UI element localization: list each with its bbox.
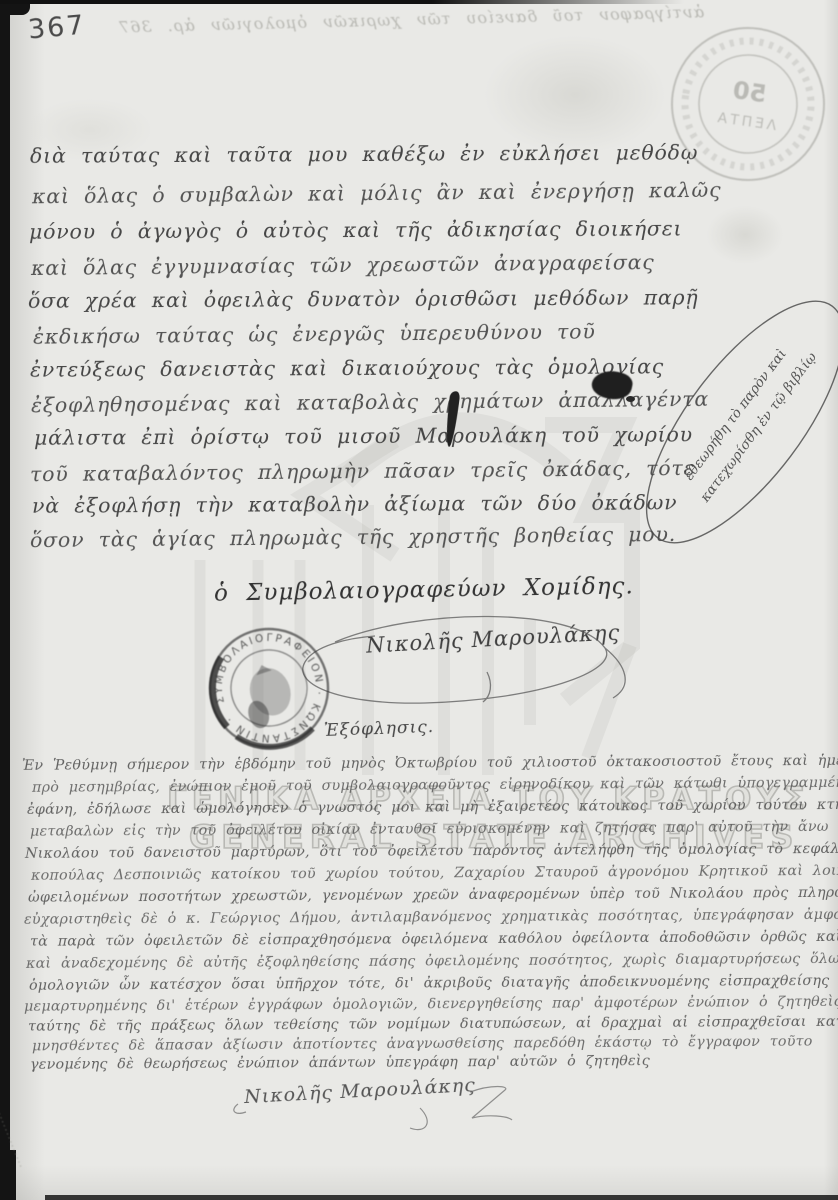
margin-oval-note: ἐθεωρήθη τὸ παρὸν καὶ κατεχωρίσθη ἐν τῷ … <box>628 278 838 568</box>
caption-below-stamp: Ἐξόφλησις. <box>324 717 435 741</box>
attestation-line: μεμαρτυρημένης δι' ἑτέρων ἐγγράφων ὁμολο… <box>24 993 838 1015</box>
attestation-line: ταύτης δὲ τῆς πράξεως ὅλων τεθείσης τῶν … <box>28 1013 838 1034</box>
attestation-line: ἐφάνη, ἐδήλωσε καὶ ὡμολόγησεν ὁ γνωστός … <box>27 796 838 818</box>
scan-edge-top <box>0 0 720 4</box>
stamp-unit: ΛΕΠΤΑ <box>714 110 778 134</box>
handwritten-line: νὰ ἐξοφλήσῃ τὴν καταβολὴν ἀξίωμα τῶν δύο… <box>32 490 678 517</box>
attestation-line: Ἐν Ῥεθύμνῃ σήμερον τὴν ἑβδόμην τοῦ μηνὸς… <box>22 752 838 774</box>
attestation-line: ὁμολογιῶν ὧν κατέσχον ὅσαι ὑπῆρχον τότε,… <box>29 972 838 994</box>
handwritten-line: διὰ ταύτας καὶ ταῦτα μου καθέξω ἐν εὐκλή… <box>30 140 698 167</box>
handwritten-line: μόνου ὁ ἀγωγὸς ὁ αὐτὸς καὶ τῆς ἀδικησίας… <box>29 216 682 243</box>
attestation-line: εὐχαριστηθεὶς δὲ ὁ κ. Γεώργιος Δήμου, ἀν… <box>24 906 838 928</box>
handwritten-line: καὶ ὅλας ἐγγυμνασίας τῶν χρεωστῶν ἀναγρα… <box>31 250 655 280</box>
attestation-line: τὰ παρὰ τῶν ὀφειλετῶν δὲ εἰσπραχθησόμενα… <box>30 928 838 950</box>
handwritten-line: καὶ ὅλας ὁ συμβαλὼν καὶ μόλις ἂν καὶ ἐνε… <box>32 178 722 209</box>
attestation-line: πρὸ μεσημβρίας, ἐνώπιον ἐμοῦ τοῦ συμβολα… <box>32 774 838 796</box>
attestation-line: ὠφειλομένων ποσοτήτων χρεωστῶν, γενομένω… <box>28 884 838 905</box>
attestation-line: κοπούλας Δεσποινιῶς κατοίκου τοῦ χωρίου … <box>31 862 838 884</box>
handwritten-line: μάλιστα ἐπὶ ὁρίστῳ τοῦ μισοῦ Μαρουλάκη τ… <box>34 422 693 449</box>
notary-stamp: ΣΥΜΒΟΛΑΙΟΓΡΑΦΕΙΟΝ · ΚΩΝΣΤΑΝΤΙΝ · <box>203 622 335 754</box>
attestation-signature-flourish <box>220 1070 550 1140</box>
attestation-line: μεταβαλὼν εἰς τὴν τοῦ ὀφειλέτου οἰκίαν ἐ… <box>30 818 838 840</box>
bleedthrough-text-top: ἀντίγραφον τοῦ δανείου τῶν χωρικῶν ὁμολο… <box>118 2 705 36</box>
scan-edge-bottom <box>45 1195 838 1200</box>
document-scan: ΓΕΝΙΚΑ ΑΡΧΕΙΑ ΤΟΥ ΚΡΑΤΟΥΣ GENERAL STATE … <box>0 0 838 1200</box>
stamp-value: 50 <box>731 76 768 108</box>
scan-edge-left <box>0 0 10 1200</box>
handwritten-line: ὅσα χρέα καὶ ὀφειλὰς δυνατὸν ὁρισθῶσι με… <box>28 285 699 313</box>
attestation-line: Νικολάου τοῦ δανειστοῦ μαρτύρων, ὅτι τοῦ… <box>25 840 838 862</box>
handwritten-line: ἐντεύξεως δανειστὰς καὶ δικαιούχους τὰς … <box>30 354 664 381</box>
folio-number: 367 <box>27 10 87 46</box>
attestation-line: καὶ ἀναδεχομένης δὲ αὐτῆς ἐξοφληθείσης π… <box>26 950 838 972</box>
handwritten-line: ἐκδικήσω ταύτας ὡς ἐνεργῶς ὑπερευθύνου τ… <box>33 319 596 348</box>
attestation-line: μνησθέντες δὲ ἅπασαν ἀξίωσιν ἀποτίοντες … <box>32 1034 813 1055</box>
